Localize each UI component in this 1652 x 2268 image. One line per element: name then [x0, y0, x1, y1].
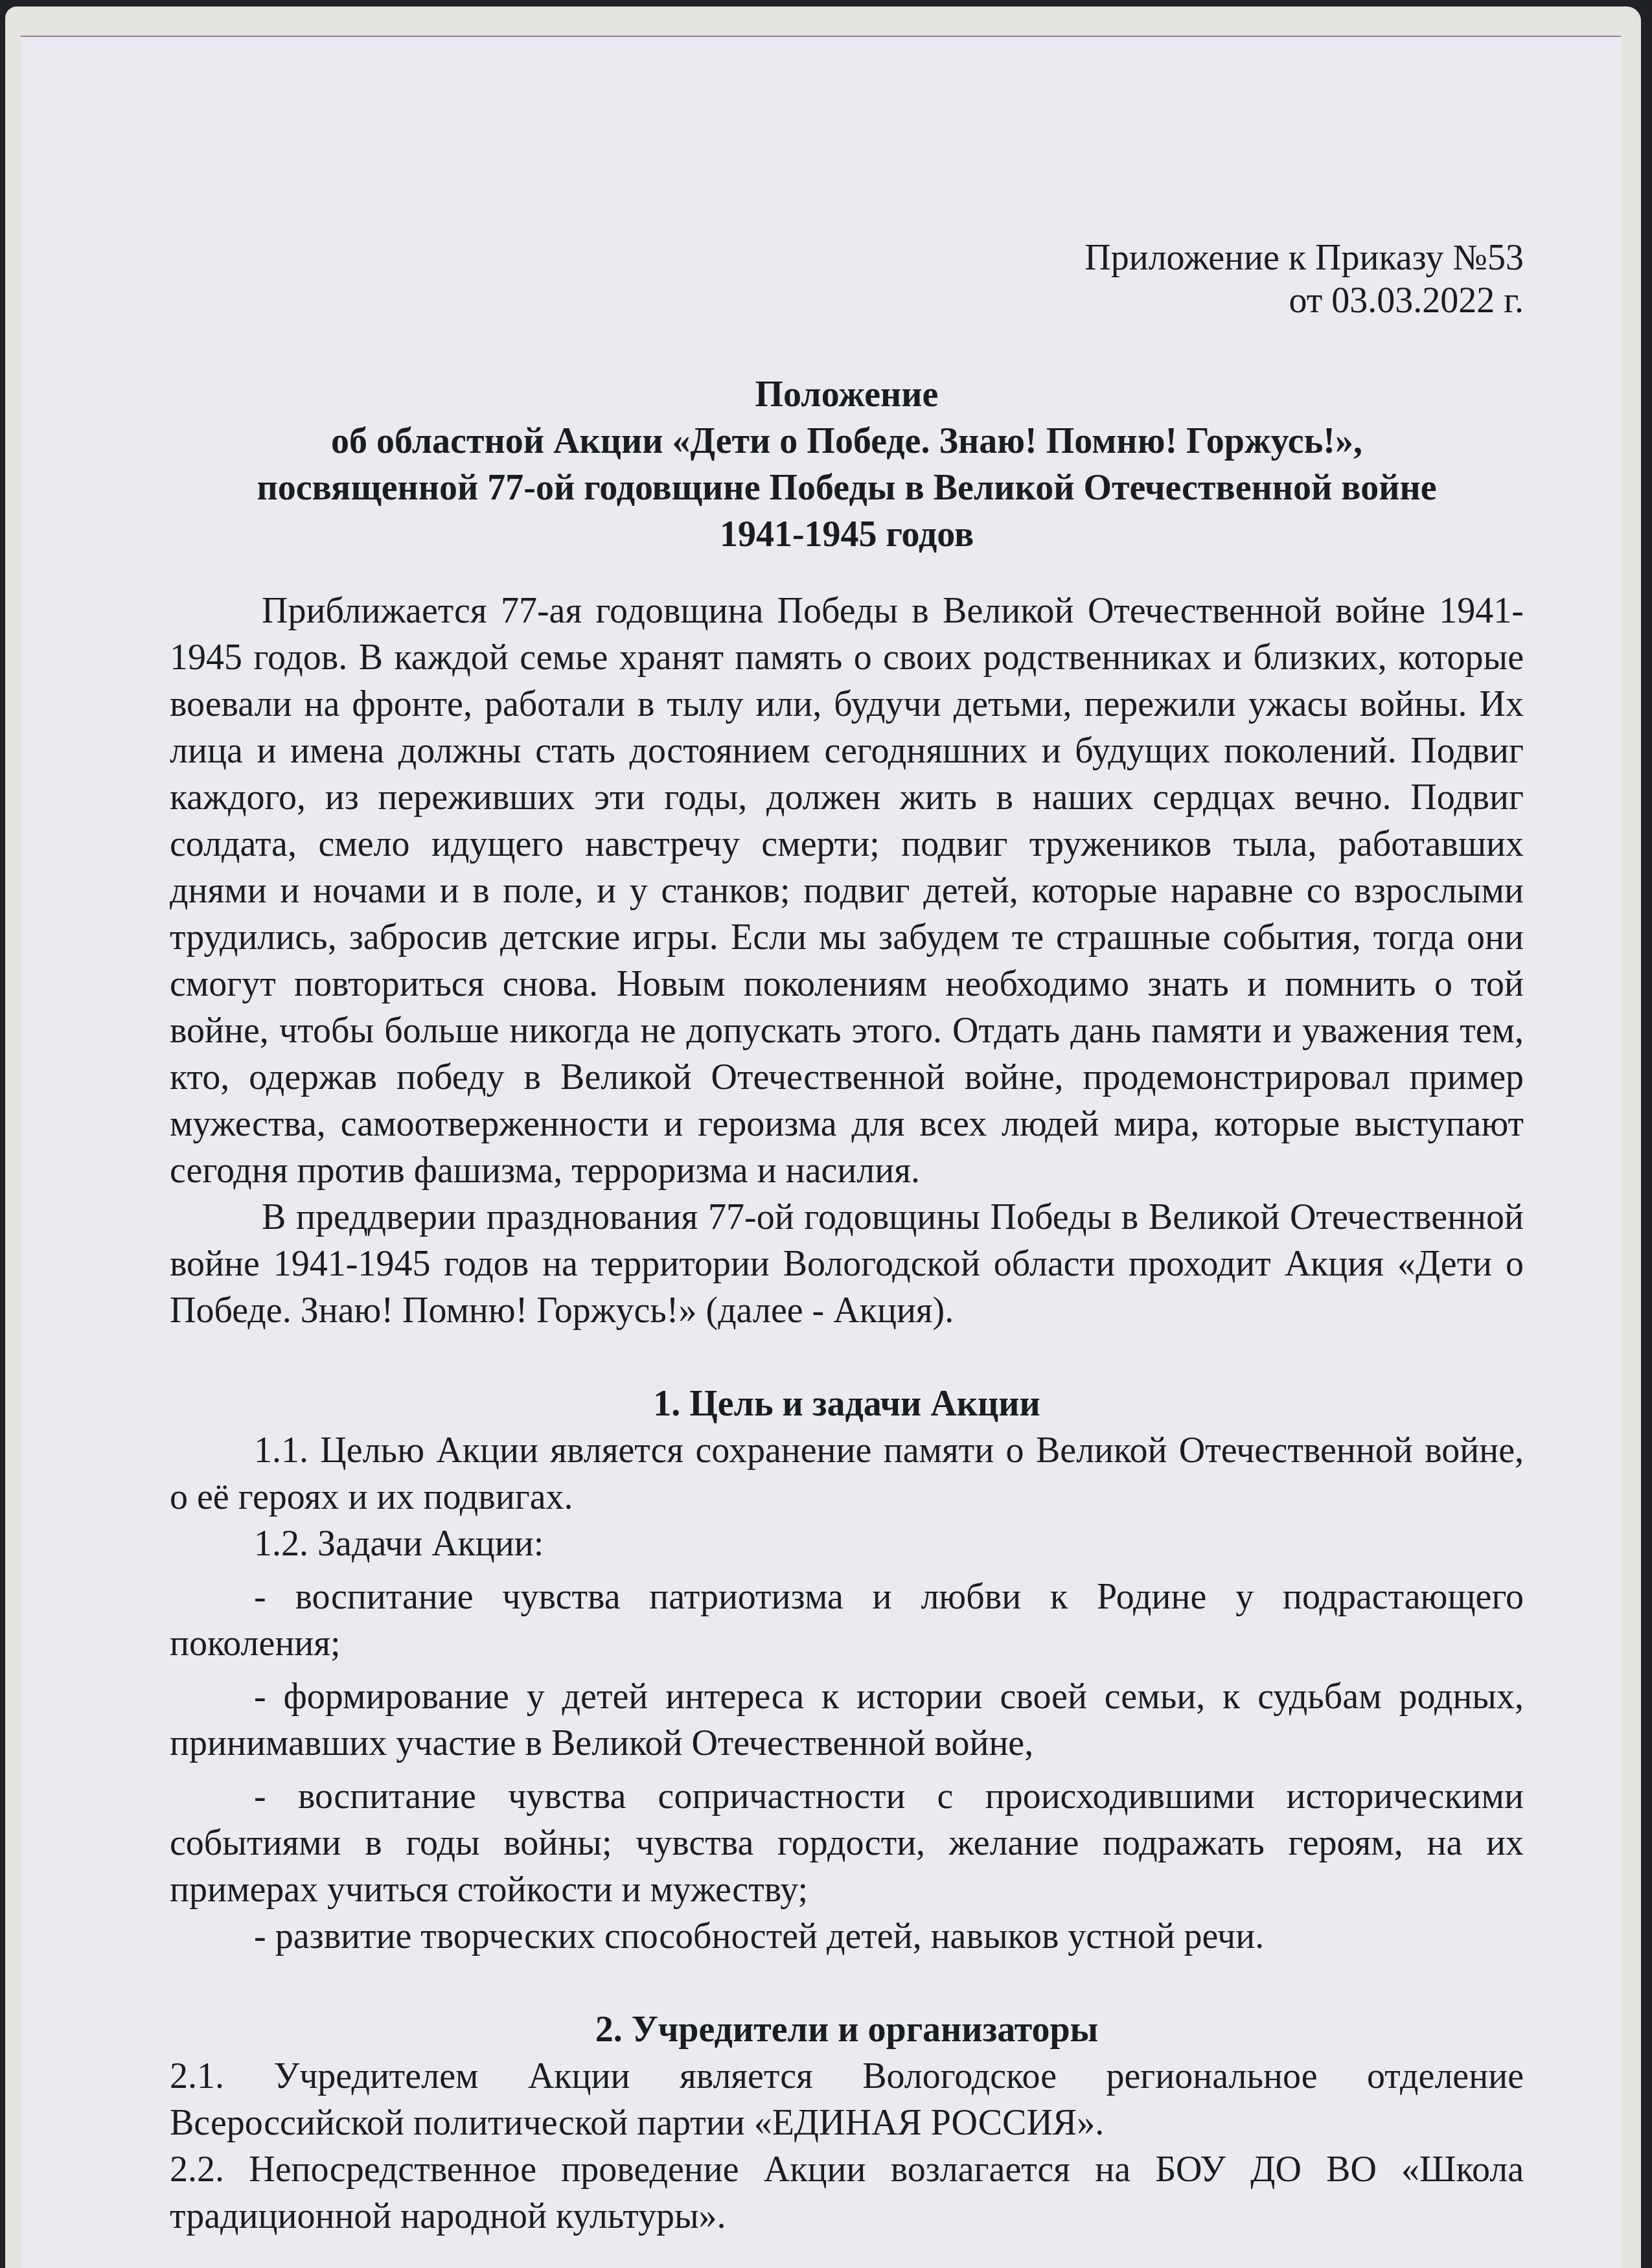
section-1-task-patriotism: - воспитание чувства патриотизма и любви…	[170, 1574, 1524, 1667]
document-content: Приложение к Приказу №53 от 03.03.2022 г…	[170, 236, 1524, 2239]
title-line-1: Положение	[170, 371, 1524, 418]
appendix-order-number: Приложение к Приказу №53	[170, 236, 1524, 279]
section-1-title: 1. Цель и задачи Акции	[170, 1380, 1524, 1427]
section-1-task-involvement: - воспитание чувства сопричастности с пр…	[170, 1773, 1524, 1913]
section-2-item-2-1: 2.1. Учредителем Акции является Вологодс…	[170, 2053, 1524, 2146]
title-line-3: посвященной 77-ой годовщине Победы в Вел…	[170, 464, 1524, 511]
appendix-reference: Приложение к Приказу №53 от 03.03.2022 г…	[170, 236, 1524, 322]
section-2-title: 2. Учредители и организаторы	[170, 2006, 1524, 2053]
intro-paragraph-1: Приближается 77-ая годовщина Победы в Ве…	[170, 588, 1524, 1194]
section-2-item-2-2: 2.2. Непосредственное проведение Акции в…	[170, 2146, 1524, 2239]
title-line-2: об областной Акции «Дети о Победе. Знаю!…	[170, 418, 1524, 464]
section-1-item-1-2: 1.2. Задачи Акции:	[170, 1520, 1524, 1567]
document-title: Положение об областной Акции «Дети о Поб…	[170, 371, 1524, 558]
section-1-task-creativity: - развитие творческих способностей детей…	[170, 1913, 1524, 1960]
section-1-item-1-1: 1.1. Целью Акции является сохранение пам…	[170, 1427, 1524, 1520]
title-line-4: 1941-1945 годов	[170, 511, 1524, 558]
appendix-order-date: от 03.03.2022 г.	[170, 279, 1524, 322]
section-1-task-family-history: - формирование у детей интереса к истори…	[170, 1673, 1524, 1767]
intro-paragraph-2: В преддверии празднования 77-ой годовщин…	[170, 1194, 1524, 1334]
